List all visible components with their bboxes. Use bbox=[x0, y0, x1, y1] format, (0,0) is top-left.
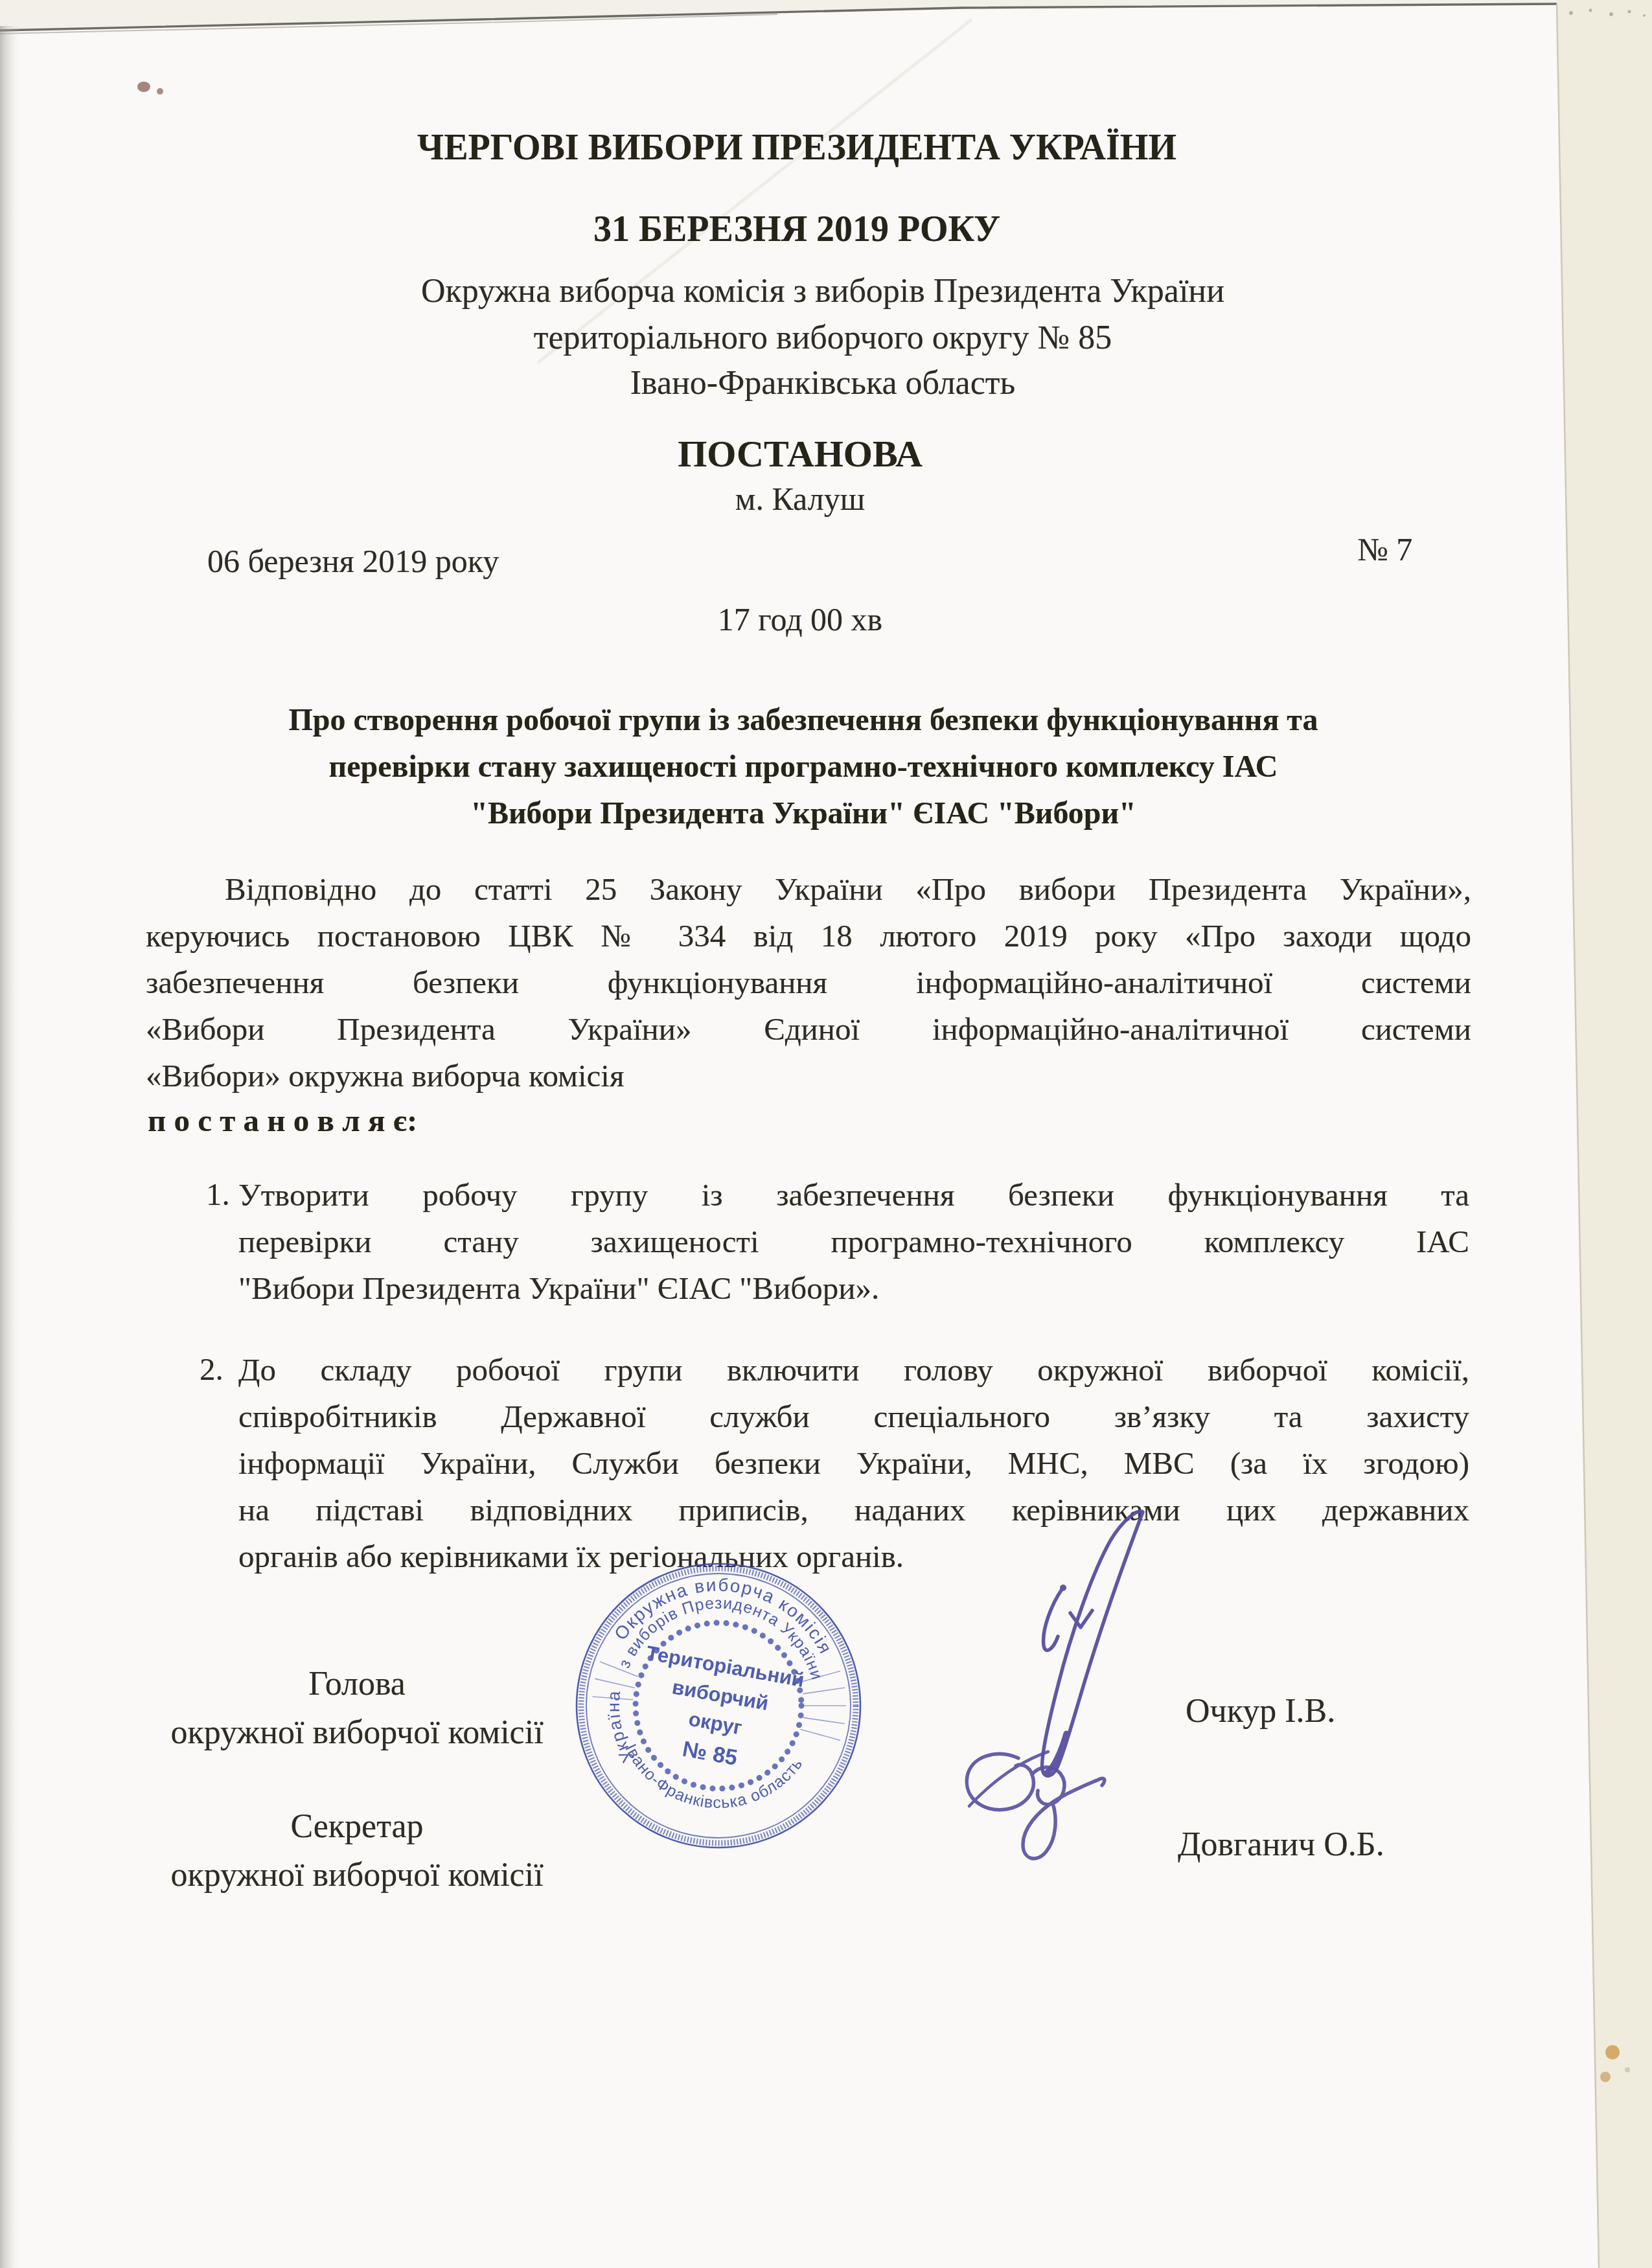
commission-line1: Окружна виборча комісія з виборів Презид… bbox=[65, 272, 1581, 311]
head-name: Очкур І.В. bbox=[1186, 1692, 1335, 1731]
secretary-name: Довганич О.Б. bbox=[1178, 1826, 1384, 1864]
preamble-line-2: керуючись постановою ЦВК № 334 від 18 лю… bbox=[146, 917, 1471, 954]
item-1-line-2: перевірки стану захищеності програмно-те… bbox=[238, 1223, 1469, 1260]
stamp-ray-ornaments bbox=[593, 1662, 847, 1741]
stamp-ring-text-left: Україна bbox=[597, 1689, 645, 1768]
head-role-line2: окружної виборчої комісії bbox=[159, 1713, 555, 1752]
resolves-line: п о с т а н о в л я є: bbox=[148, 1103, 417, 1139]
stain-top-left bbox=[137, 82, 163, 95]
commission-line3: Івано-Франківська область bbox=[65, 364, 1581, 403]
item-2-line-4: на підставі відповідних приписів, надани… bbox=[238, 1491, 1469, 1528]
stamp-ring-texts: Окружна виборча комісія з виборів Презид… bbox=[593, 1563, 843, 1823]
stamp-ring-text-bottom: Івано-Франківська область bbox=[616, 1737, 808, 1821]
doc-number: № 7 bbox=[1357, 531, 1412, 569]
item-2-line-2: співробітників Державної служби спеціаль… bbox=[238, 1398, 1469, 1435]
secretary-role-line2: окружної виборчої комісії bbox=[159, 1856, 555, 1895]
stamp-ring-text-outer: Окружна виборча комісія bbox=[609, 1563, 842, 1666]
stamp-center-line1: Територіальний bbox=[645, 1642, 806, 1691]
doc-city: м. Калуш bbox=[0, 481, 1600, 518]
subject-line-1: Про створення робочої групи із забезпече… bbox=[26, 702, 1581, 738]
top-strip bbox=[0, 0, 1557, 30]
doc-time: 17 год 00 хв bbox=[0, 601, 1600, 639]
subject-line-2: перевірки стану захищеності програмно-те… bbox=[26, 749, 1581, 785]
election-title-line1: ЧЕРГОВІ ВИБОРИ ПРЕЗИДЕНТА УКРАЇНИ bbox=[0, 127, 1594, 168]
paper-crease bbox=[538, 19, 972, 363]
item-1-line-1: Утворити робочу групу із забезпечення бе… bbox=[238, 1176, 1469, 1213]
doc-type-heading: ПОСТАНОВА bbox=[0, 433, 1600, 476]
speckles-top-right bbox=[1569, 9, 1646, 17]
preamble-line-4: «Вибори Президента України» Єдиної інфор… bbox=[146, 1011, 1471, 1048]
paper-top-edge-shadow bbox=[0, 14, 777, 34]
commission-line2: територіального виборчого округу № 85 bbox=[65, 319, 1581, 358]
stamp-center-line2: виборчий bbox=[671, 1675, 770, 1715]
item-2-number: 2. bbox=[200, 1351, 224, 1388]
item-1-line-3: "Вибори Президента України" ЄІАС "Вибори… bbox=[238, 1270, 1469, 1307]
stains-right-strip bbox=[1600, 2045, 1630, 2082]
stamp-microtext-band bbox=[581, 1568, 856, 1843]
preamble-line-3: забезпечення безпеки функціонування інфо… bbox=[146, 964, 1471, 1001]
secretary-role-line1: Секретар bbox=[159, 1807, 555, 1846]
doc-date: 06 березня 2019 року bbox=[207, 543, 499, 580]
subject-line-3: "Вибори Президента України" ЄІАС "Вибори… bbox=[26, 796, 1581, 831]
item-2-line-3: інформації України, Служби безпеки Украї… bbox=[238, 1445, 1469, 1482]
stamp-rings bbox=[577, 1564, 860, 1848]
stamp-center-text: Територіальний виборчий округ № 85 bbox=[629, 1642, 806, 1780]
paper-top-edge-line bbox=[0, 4, 1557, 30]
head-role-line1: Голова bbox=[159, 1665, 555, 1704]
stamp-bead-ring bbox=[636, 1623, 801, 1789]
preamble-line-1: Відповідно до статті 25 Закону України «… bbox=[146, 871, 1471, 908]
round-stamp: Окружна виборча комісія з виборів Презид… bbox=[566, 1548, 871, 1863]
left-scan-shading bbox=[0, 26, 19, 2268]
secretary-signature bbox=[967, 1752, 1105, 1859]
item-2-line-5: органів або керівниками їх регіональних … bbox=[238, 1538, 1469, 1575]
scanned-document-page: ЧЕРГОВІ ВИБОРИ ПРЕЗИДЕНТА УКРАЇНИ 31 БЕР… bbox=[0, 0, 1652, 2268]
stamp-ring-text-inner: з виборів Президента України bbox=[615, 1584, 834, 1691]
stamp-center-line3: округ bbox=[687, 1708, 744, 1739]
preamble-line-5: «Вибори» окружна виборча комісія bbox=[146, 1057, 1471, 1094]
item-2-line-1: До складу робочої групи включити голову … bbox=[238, 1351, 1469, 1388]
election-title-line2: 31 БЕРЕЗНЯ 2019 РОКУ bbox=[0, 209, 1594, 250]
item-1-number: 1. bbox=[206, 1176, 230, 1213]
stamp-center-line4: № 85 bbox=[681, 1737, 739, 1770]
